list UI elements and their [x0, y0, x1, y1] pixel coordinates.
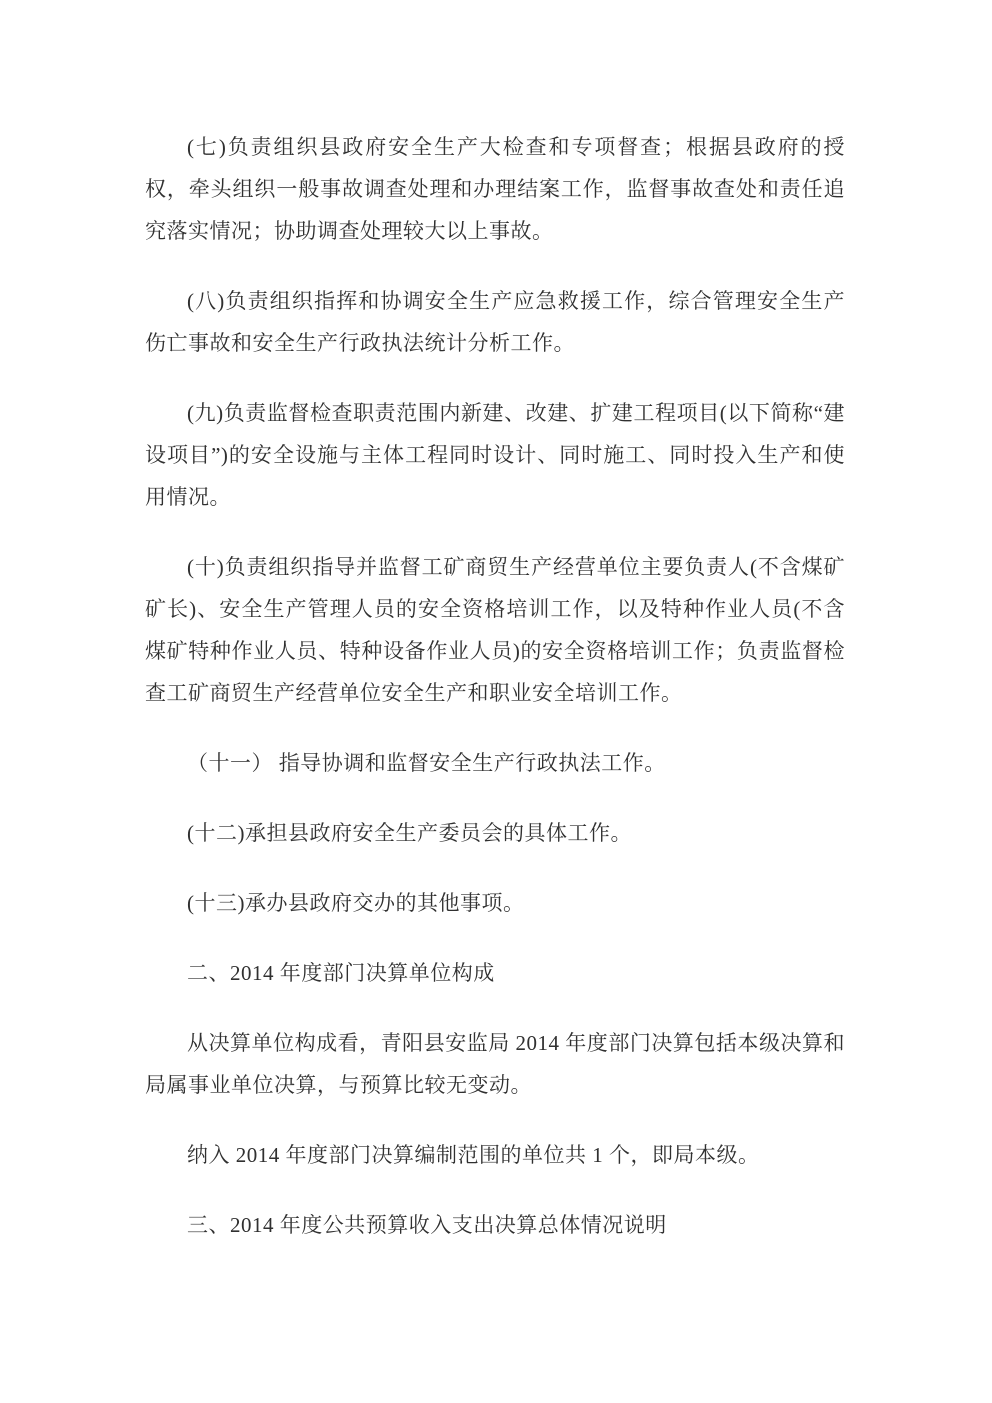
document-body: (七)负责组织县政府安全生产大检查和专项督查；根据县政府的授权，牵头组织一般事故… — [145, 126, 845, 1246]
paragraph-item-11: （十一） 指导协调和监督安全生产行政执法工作。 — [145, 742, 845, 784]
section-heading-3: 三、2014 年度公共预算收入支出决算总体情况说明 — [145, 1204, 845, 1246]
paragraph-unit-count: 纳入 2014 年度部门决算编制范围的单位共 1 个，即局本级。 — [145, 1134, 845, 1176]
paragraph-item-12: (十二)承担县政府安全生产委员会的具体工作。 — [145, 812, 845, 854]
paragraph-unit-composition: 从决算单位构成看，青阳县安监局 2014 年度部门决算包括本级决算和局属事业单位… — [145, 1022, 845, 1106]
paragraph-item-10: (十)负责组织指导并监督工矿商贸生产经营单位主要负责人(不含煤矿矿长)、安全生产… — [145, 546, 845, 714]
paragraph-item-8: (八)负责组织指挥和协调安全生产应急救援工作，综合管理安全生产伤亡事故和安全生产… — [145, 280, 845, 364]
section-heading-2: 二、2014 年度部门决算单位构成 — [145, 952, 845, 994]
paragraph-item-13: (十三)承办县政府交办的其他事项。 — [145, 882, 845, 924]
paragraph-item-9: (九)负责监督检查职责范围内新建、改建、扩建工程项目(以下简称“建设项目”)的安… — [145, 392, 845, 518]
paragraph-item-7: (七)负责组织县政府安全生产大检查和专项督查；根据县政府的授权，牵头组织一般事故… — [145, 126, 845, 252]
document-page: (七)负责组织县政府安全生产大检查和专项督查；根据县政府的授权，牵头组织一般事故… — [0, 0, 992, 1403]
